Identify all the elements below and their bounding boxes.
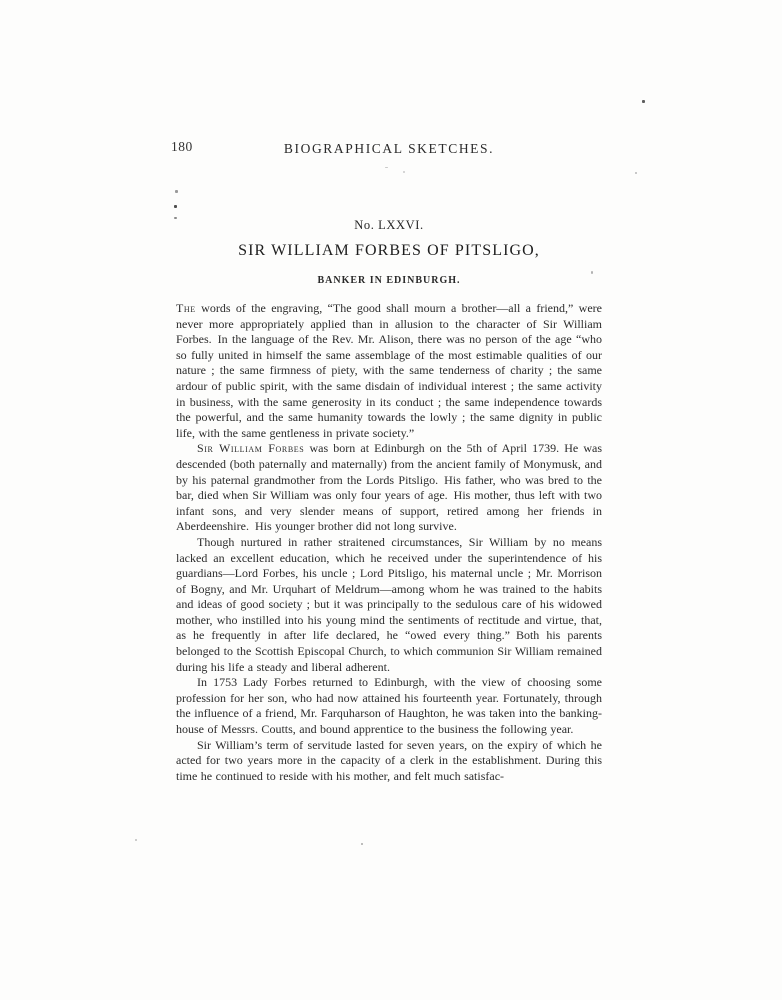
chapter-subtitle: BANKER IN EDINBURGH.: [176, 275, 602, 286]
chapter-title: SIR WILLIAM FORBES OF PITSLIGO,: [176, 242, 602, 260]
paragraph-lead: Sir William Forbes: [197, 441, 304, 455]
scan-speck: [174, 217, 177, 219]
scan-speck: [642, 100, 645, 103]
paragraph-text: words of the engraving, “The good shall …: [176, 301, 602, 440]
running-header: BIOGRAPHICAL SKETCHES.: [176, 141, 602, 157]
scan-speck: [175, 190, 178, 193]
paragraph: The words of the engraving, “The good sh…: [176, 301, 602, 441]
paragraph-text: Sir William’s term of servitude lasted f…: [176, 738, 602, 783]
scan-speck: [385, 167, 388, 168]
scan-speck: [635, 172, 637, 174]
section-number: No. LXXVI.: [176, 218, 602, 233]
scan-speck: [591, 271, 593, 274]
scan-speck: [403, 171, 405, 173]
paragraph: In 1753 Lady Forbes returned to Edinburg…: [176, 675, 602, 737]
scan-speck: [135, 839, 137, 841]
scan-speck: [174, 205, 177, 208]
paragraph-text: Though nurtured in rather straitened cir…: [176, 535, 602, 674]
body-text: The words of the engraving, “The good sh…: [176, 301, 602, 784]
scanned-book-page: 180 BIOGRAPHICAL SKETCHES. No. LXXVI. SI…: [0, 0, 782, 1000]
paragraph: Sir William Forbes was born at Edinburgh…: [176, 441, 602, 535]
paragraph-lead: The: [176, 301, 196, 315]
paragraph: Sir William’s term of servitude lasted f…: [176, 738, 602, 785]
paragraph: Though nurtured in rather straitened cir…: [176, 535, 602, 675]
scan-speck: [361, 843, 363, 845]
paragraph-text: In 1753 Lady Forbes returned to Edinburg…: [176, 675, 602, 736]
text-column: BIOGRAPHICAL SKETCHES. No. LXXVI. SIR WI…: [176, 0, 602, 1000]
